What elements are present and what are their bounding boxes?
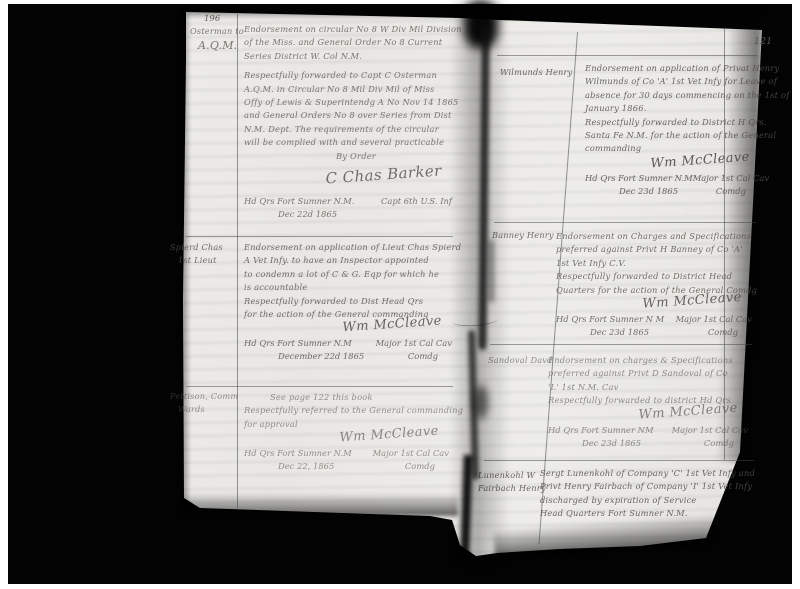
handwriting-line: Endorsement on application of Lieut Chas… (244, 241, 452, 254)
footer-date: Dec 23d 1865 (590, 326, 649, 339)
entry-footer-date: Dec 22, 1865 Comdg (244, 460, 449, 473)
handwriting-line: Respectfully forwarded to Capt C Osterma… (244, 69, 452, 82)
handwriting-line: Endorsement on charges & Specifications (548, 354, 748, 367)
handwriting-line: of the Miss. and General Order No 8 Curr… (244, 36, 452, 49)
handwriting-line: is accountable (244, 281, 452, 294)
crease-mid-blot (474, 385, 488, 419)
entry-body: Endorsement on circular No 8 W Div Mil D… (244, 23, 452, 221)
footer-rank: Major 1st Cal Cav (693, 172, 769, 185)
footer-rank: Capt 6th U.S. Inf (381, 195, 452, 208)
handwriting-line: Privt Henry Fairbach of Company 'I' 1st … (540, 480, 760, 493)
handwriting-line: Endorsement on application of Privat Hen… (585, 62, 760, 75)
footer-rank: Major 1st Cal Cav (376, 337, 452, 350)
entry-body: See page 122 this book Respectfully refe… (244, 391, 449, 473)
footer-date: Dec 22, 1865 (278, 460, 334, 473)
footer-date: December 22d 1865 (278, 350, 364, 363)
handwriting-line: 1st Vet Infy C.V. (556, 257, 752, 270)
entry-footer-date: Dec 23d 1865 Comdg (556, 326, 752, 339)
handwriting-line: Respectfully forwarded to Dist Head Qrs (244, 295, 452, 308)
handwriting-line: discharged by expiration of Service (540, 494, 760, 507)
margin-name: 1st Lieut (178, 254, 234, 267)
footer-comdg: Comdg (405, 460, 435, 473)
footer-date: Dec 22d 1865 (278, 208, 337, 221)
handwriting-line: Head Quarters Fort Sumner N.M. (540, 507, 760, 520)
right-row-line-1 (494, 222, 756, 223)
entry-margin: Osterman to A.Q.M. (190, 25, 242, 54)
entry-footer-date: Dec 22d 1865 (244, 208, 452, 221)
footer-date: Dec 23d 1865 (619, 185, 678, 198)
entry-body: Sergt Lunenkohl of Company 'C' 1st Vet I… (540, 467, 760, 521)
entry-footer-date: Dec 23d 1865 Comdg (548, 437, 748, 450)
footer-date: Dec 23d 1865 (582, 437, 641, 450)
handwriting-line: 'L' 1st N.M. Cav (548, 381, 748, 394)
entry-body: Endorsement on Charges and Specification… (556, 230, 752, 339)
footer-comdg: Comdg (408, 350, 438, 363)
footer-rank: Major 1st Cal Cav (373, 447, 449, 460)
handwriting-line: Endorsement on Charges and Specification… (556, 230, 752, 243)
handwriting-line: N.M. Dept. The requirements of the circu… (244, 123, 452, 136)
entry-margin: Spierd Chas 1st Lieut (170, 241, 234, 268)
handwriting-line: Respectfully forwarded to District H Qrs… (585, 116, 760, 129)
handwriting-line: Offy of Lewis & Superintendg A No Nov 14… (244, 96, 452, 109)
handwriting-line: Respectfully referred to the General com… (244, 404, 449, 417)
margin-name: Pettison, Comm (170, 390, 234, 403)
right-row-line-0 (497, 55, 757, 56)
page-number-right: 121 (754, 36, 772, 47)
right-row-line-2 (490, 344, 752, 345)
left-margin-divider-line (237, 14, 238, 508)
handwriting-line: A.Q.M. in Circular No 8 Mil Div Mil of M… (244, 83, 452, 96)
entry-body: Endorsement on application of Privat Hen… (585, 62, 760, 198)
footer-rank: Major 1st Cal Cav (672, 424, 748, 437)
handwriting-line: A Vet Infy. to have an Inspector appoint… (244, 254, 452, 267)
handwriting-line: preferred against Privt D Sandoval of Co (548, 367, 748, 380)
handwriting-line: Series District W. Col N.M. (244, 50, 452, 63)
margin-name: Osterman to (190, 25, 242, 38)
entry-margin: Pettison, Comm Wards (170, 390, 234, 417)
handwriting-line: January 1866. (585, 102, 760, 115)
left-row-line-2 (186, 386, 453, 387)
footer-comdg: Comdg (708, 326, 738, 339)
margin-name: Wilmunds Henry (500, 66, 574, 79)
entry-margin: Wilmunds Henry (500, 66, 574, 79)
handwriting-line: absence for 30 days commencing on the 1s… (585, 89, 760, 102)
entry-body: Endorsement on application of Lieut Chas… (244, 241, 452, 363)
handwriting-line: Wilmunds of Co 'A' 1st Vet Infy for Leav… (585, 75, 760, 88)
right-row-line-3 (484, 460, 754, 461)
handwriting-line: Endorsement on circular No 8 W Div Mil D… (244, 23, 452, 36)
margin-name: Spierd Chas (170, 241, 234, 254)
margin-name: Wards (178, 403, 234, 416)
page-number-left: 196 (204, 14, 220, 24)
handwriting-line: Santa Fe N.M. for the action of the Gene… (585, 129, 760, 142)
margin-name: A.Q.M. (198, 38, 242, 54)
footer-comdg: Comdg (704, 437, 734, 450)
left-row-line-1 (186, 236, 453, 237)
handwriting-line: Sergt Lunenkohl of Company 'C' 1st Vet I… (540, 467, 760, 480)
entry-footer-date: Dec 23d 1865 Comdg (585, 185, 760, 198)
handwriting-line: See page 122 this book (270, 391, 449, 404)
crease-edge-marks (488, 240, 494, 302)
handwriting-line: to condemn a lot of C & G. Eqp for which… (244, 268, 452, 281)
handwriting-line: will be complied with and several practi… (244, 136, 452, 149)
footer-comdg: Comdg (716, 185, 746, 198)
entry-body: Endorsement on charges & Specifications … (548, 354, 748, 450)
handwriting-line: Respectfully forwarded to District Head (556, 270, 752, 283)
footer-rank: Major 1st Cal Cav (676, 313, 752, 326)
entry-footer-date: December 22d 1865 Comdg (244, 350, 452, 363)
handwriting-line: and General Orders No 8 over Series from… (244, 109, 452, 122)
handwriting-line: preferred against Privt H Banney of Co '… (556, 243, 752, 256)
